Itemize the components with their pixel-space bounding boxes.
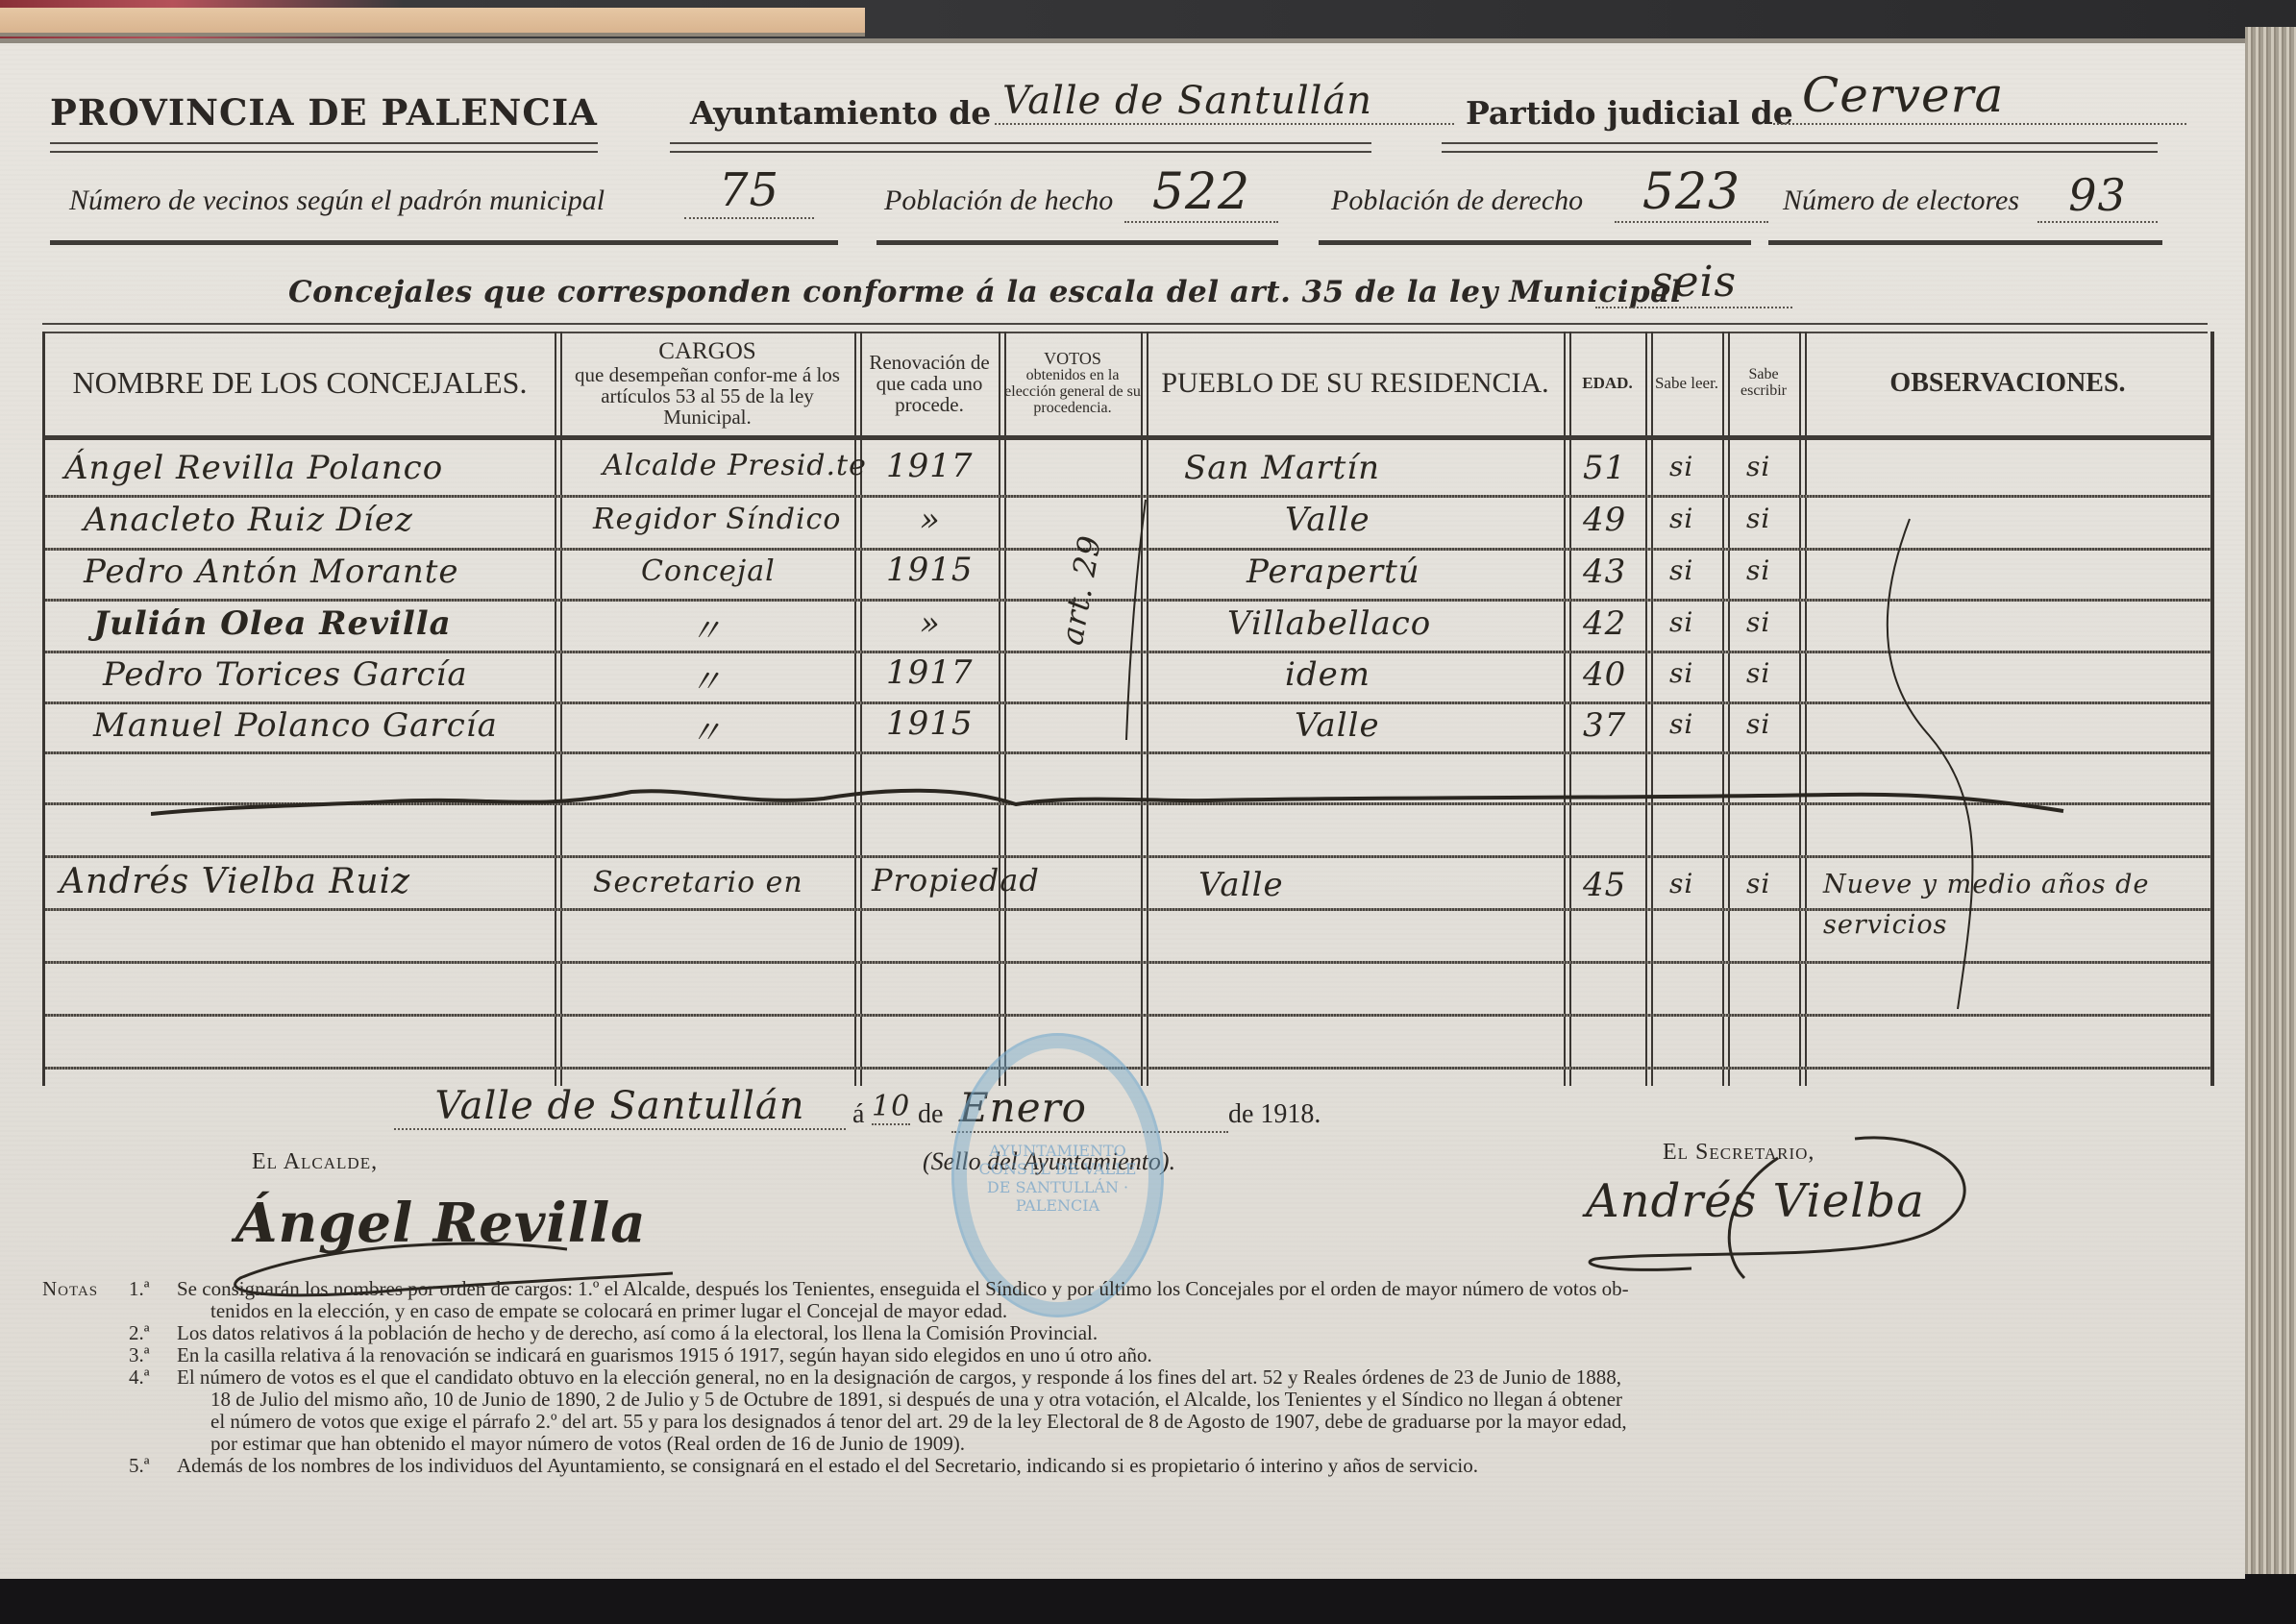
ayuntamiento-label: Ayuntamiento de <box>690 94 991 132</box>
cell-sabe-escribir: si <box>1746 657 1770 689</box>
note-item: 2.ª Los datos relativos á la población d… <box>42 1322 2205 1344</box>
note-spacer <box>42 1322 129 1344</box>
footer-year: de 1918. <box>1228 1099 1321 1130</box>
closing-strike-icon <box>151 777 2073 825</box>
note-text: Además de los nombres de los individuos … <box>177 1455 1478 1477</box>
cell-cargo: Secretario en <box>593 866 803 899</box>
cell-nombre: Pedro Torices García <box>103 655 468 694</box>
rule <box>1442 142 2158 153</box>
column-divider <box>1645 332 1653 1086</box>
note-continuation: por estimar que han obtenido el mayor nú… <box>42 1433 2205 1455</box>
cell-sabe-escribir: si <box>1746 868 1770 899</box>
note-text: En la casilla relativa á la renovación s… <box>177 1344 1152 1366</box>
column-header-title: CARGOS <box>658 339 755 364</box>
rule <box>50 142 598 153</box>
note-continuation: el número de votos que exige el párrafo … <box>42 1411 2205 1433</box>
column-header-votos: VOTOS obtenidos en la elección general d… <box>1004 332 1141 435</box>
cell-renovacion: » <box>920 501 941 539</box>
note-number: 2.ª <box>129 1322 177 1344</box>
note-number: 4.ª <box>129 1366 177 1389</box>
rule <box>876 240 1278 245</box>
header-divider <box>45 435 2210 440</box>
cell-cargo: 〃 <box>689 655 723 702</box>
note-item: 5.ª Además de los nombres de los individ… <box>42 1455 2205 1477</box>
cell-cargo: Concejal <box>641 554 776 588</box>
cell-renovacion: Propiedad <box>872 862 1040 898</box>
row-rule <box>45 1014 2210 1017</box>
cell-nombre: Andrés Vielba Ruiz <box>60 862 410 901</box>
column-header-cargos: CARGOS que desempeñan confor-me á los ar… <box>560 332 854 435</box>
municipal-seal: AYUNTAMIENTO CONST.L DE VALLE DE SANTULL… <box>951 1033 1164 1317</box>
note-item: Notas 1.ª Se consignarán los nombres por… <box>42 1278 2205 1300</box>
note-text: Los datos relativos á la población de he… <box>177 1322 1098 1344</box>
rule <box>670 142 1371 153</box>
vecinos-value: 75 <box>684 163 814 219</box>
alcalde-label: El Alcalde, <box>252 1149 378 1175</box>
cell-sabe-leer: si <box>1669 606 1693 638</box>
note-text: Se consignarán los nombres por orden de … <box>177 1278 1629 1300</box>
concejales-table: NOMBRE DE LOS CONCEJALES. CARGOS que des… <box>42 332 2214 1086</box>
concejales-value: seis <box>1595 258 1792 308</box>
vecinos-label: Número de vecinos según el padrón munici… <box>69 185 605 217</box>
cell-nombre: Manuel Polanco García <box>93 706 498 745</box>
footer-a: á <box>852 1099 864 1130</box>
column-header-edad: EDAD. <box>1569 332 1645 435</box>
note-continuation: 18 de Julio del mismo año, 10 de Junio d… <box>42 1389 2205 1411</box>
secretario-flourish-icon <box>1576 1129 1989 1283</box>
cell-renovacion: 1915 <box>886 704 974 743</box>
footer-place: Valle de Santullán <box>394 1084 846 1130</box>
cell-pueblo: Valle <box>1285 501 1370 539</box>
cell-sabe-escribir: si <box>1746 606 1770 638</box>
cell-edad: 49 <box>1583 501 1626 539</box>
rule <box>1319 240 1751 245</box>
cell-pueblo: Valle <box>1295 706 1380 745</box>
cell-sabe-escribir: si <box>1746 451 1770 482</box>
cell-nombre: Ángel Revilla Polanco <box>64 449 443 487</box>
cell-edad: 43 <box>1583 553 1626 591</box>
note-number: 3.ª <box>129 1344 177 1366</box>
note-number: 5.ª <box>129 1455 177 1477</box>
poblacion-hecho-label: Población de hecho <box>884 185 1113 217</box>
cell-sabe-leer: si <box>1669 868 1693 899</box>
electores-value: 93 <box>2037 169 2158 223</box>
column-divider <box>854 332 862 1086</box>
cell-sabe-leer: si <box>1669 503 1693 534</box>
rule <box>1768 240 2162 245</box>
cell-renovacion: 1915 <box>886 551 974 589</box>
book-page-stack-top <box>0 8 865 37</box>
cell-edad: 40 <box>1583 655 1626 694</box>
cell-pueblo: San Martín <box>1184 449 1380 487</box>
note-item: 3.ª En la casilla relativa á la renovaci… <box>42 1344 2205 1366</box>
column-header-renovacion: Renovación de que cada uno procede. <box>860 332 999 435</box>
cell-renovacion: 1917 <box>886 447 974 485</box>
poblacion-derecho-value: 523 <box>1615 163 1768 223</box>
cell-pueblo: Valle <box>1198 866 1284 904</box>
cell-renovacion: 1917 <box>886 653 974 692</box>
column-header-subtitle: que desempeñan confor-me á los artículos… <box>560 364 854 428</box>
notes-section: Notas 1.ª Se consignarán los nombres por… <box>42 1278 2205 1477</box>
column-header-observaciones: OBSERVACIONES. <box>1805 332 2210 435</box>
cell-edad: 42 <box>1583 604 1626 643</box>
cell-sabe-leer: si <box>1669 554 1693 586</box>
cell-edad: 51 <box>1583 449 1626 487</box>
cell-sabe-escribir: si <box>1746 503 1770 534</box>
cell-pueblo: Perapertú <box>1247 553 1420 591</box>
rule <box>50 240 838 245</box>
cell-renovacion: » <box>920 604 941 643</box>
cell-cargo: 〃 <box>689 604 723 652</box>
column-header-title: VOTOS <box>1044 350 1101 368</box>
footer-day: 10 <box>872 1090 910 1125</box>
cell-cargo: Alcalde Presid.te <box>603 449 867 482</box>
electores-label: Número de electores <box>1783 185 2019 217</box>
column-header-subtitle: obtenidos en la elección general de su p… <box>1004 368 1141 416</box>
cell-edad: 45 <box>1583 866 1626 904</box>
column-divider <box>999 332 1006 1086</box>
seal-text: AYUNTAMIENTO CONST.L DE VALLE DE SANTULL… <box>974 1142 1142 1215</box>
cell-sabe-escribir: si <box>1746 708 1770 740</box>
cell-nombre: Anacleto Ruiz Díez <box>84 501 413 539</box>
cell-pueblo: idem <box>1285 655 1370 694</box>
cell-sabe-escribir: si <box>1746 554 1770 586</box>
cell-cargo: Regidor Síndico <box>593 503 841 536</box>
ayuntamiento-value: Valle de Santullán <box>995 79 1454 125</box>
cell-observaciones: Nueve y medio años de servicios <box>1823 865 2198 946</box>
note-continuation: tenidos en la elección, y en caso de emp… <box>42 1300 2205 1322</box>
province-title: PROVINCIA DE PALENCIA <box>50 91 598 134</box>
cell-sabe-leer: si <box>1669 657 1693 689</box>
notes-label: Notas <box>42 1278 129 1300</box>
cell-pueblo: Villabellaco <box>1227 604 1431 643</box>
column-divider <box>555 332 562 1086</box>
column-divider <box>1564 332 1571 1086</box>
note-number: 1.ª <box>129 1278 177 1300</box>
note-text: El número de votos es el que el candidat… <box>177 1366 1621 1389</box>
note-spacer <box>42 1344 129 1366</box>
votos-bracket-icon <box>1122 495 1150 745</box>
footer-de: de <box>918 1099 943 1130</box>
note-spacer <box>42 1455 129 1477</box>
note-spacer <box>42 1366 129 1389</box>
cell-edad: 37 <box>1583 706 1626 745</box>
column-header-sabe-escribir: Sabe escribir <box>1728 332 1799 435</box>
book-page-edges <box>2245 27 2296 1574</box>
cell-nombre: Pedro Antón Morante <box>84 553 459 591</box>
column-header-nombre: NOMBRE DE LOS CONCEJALES. <box>45 332 555 435</box>
cell-nombre: Julián Olea Revilla <box>93 604 452 643</box>
cell-sabe-leer: si <box>1669 708 1693 740</box>
note-item: 4.ª El número de votos es el que el cand… <box>42 1366 2205 1389</box>
poblacion-derecho-label: Población de derecho <box>1331 185 1583 217</box>
cell-sabe-leer: si <box>1669 451 1693 482</box>
concejales-label: Concejales que corresponden conforme á l… <box>288 275 1682 309</box>
column-divider <box>1722 332 1730 1086</box>
partido-label: Partido judicial de <box>1466 94 1793 132</box>
column-header-pueblo: PUEBLO DE SU RESIDENCIA. <box>1147 332 1564 435</box>
partido-value: Cervera <box>1773 67 2186 125</box>
cell-cargo: 〃 <box>689 706 723 753</box>
poblacion-hecho-value: 522 <box>1124 163 1278 223</box>
column-header-sabe-leer: Sabe leer. <box>1651 332 1722 435</box>
column-divider <box>1799 332 1807 1086</box>
